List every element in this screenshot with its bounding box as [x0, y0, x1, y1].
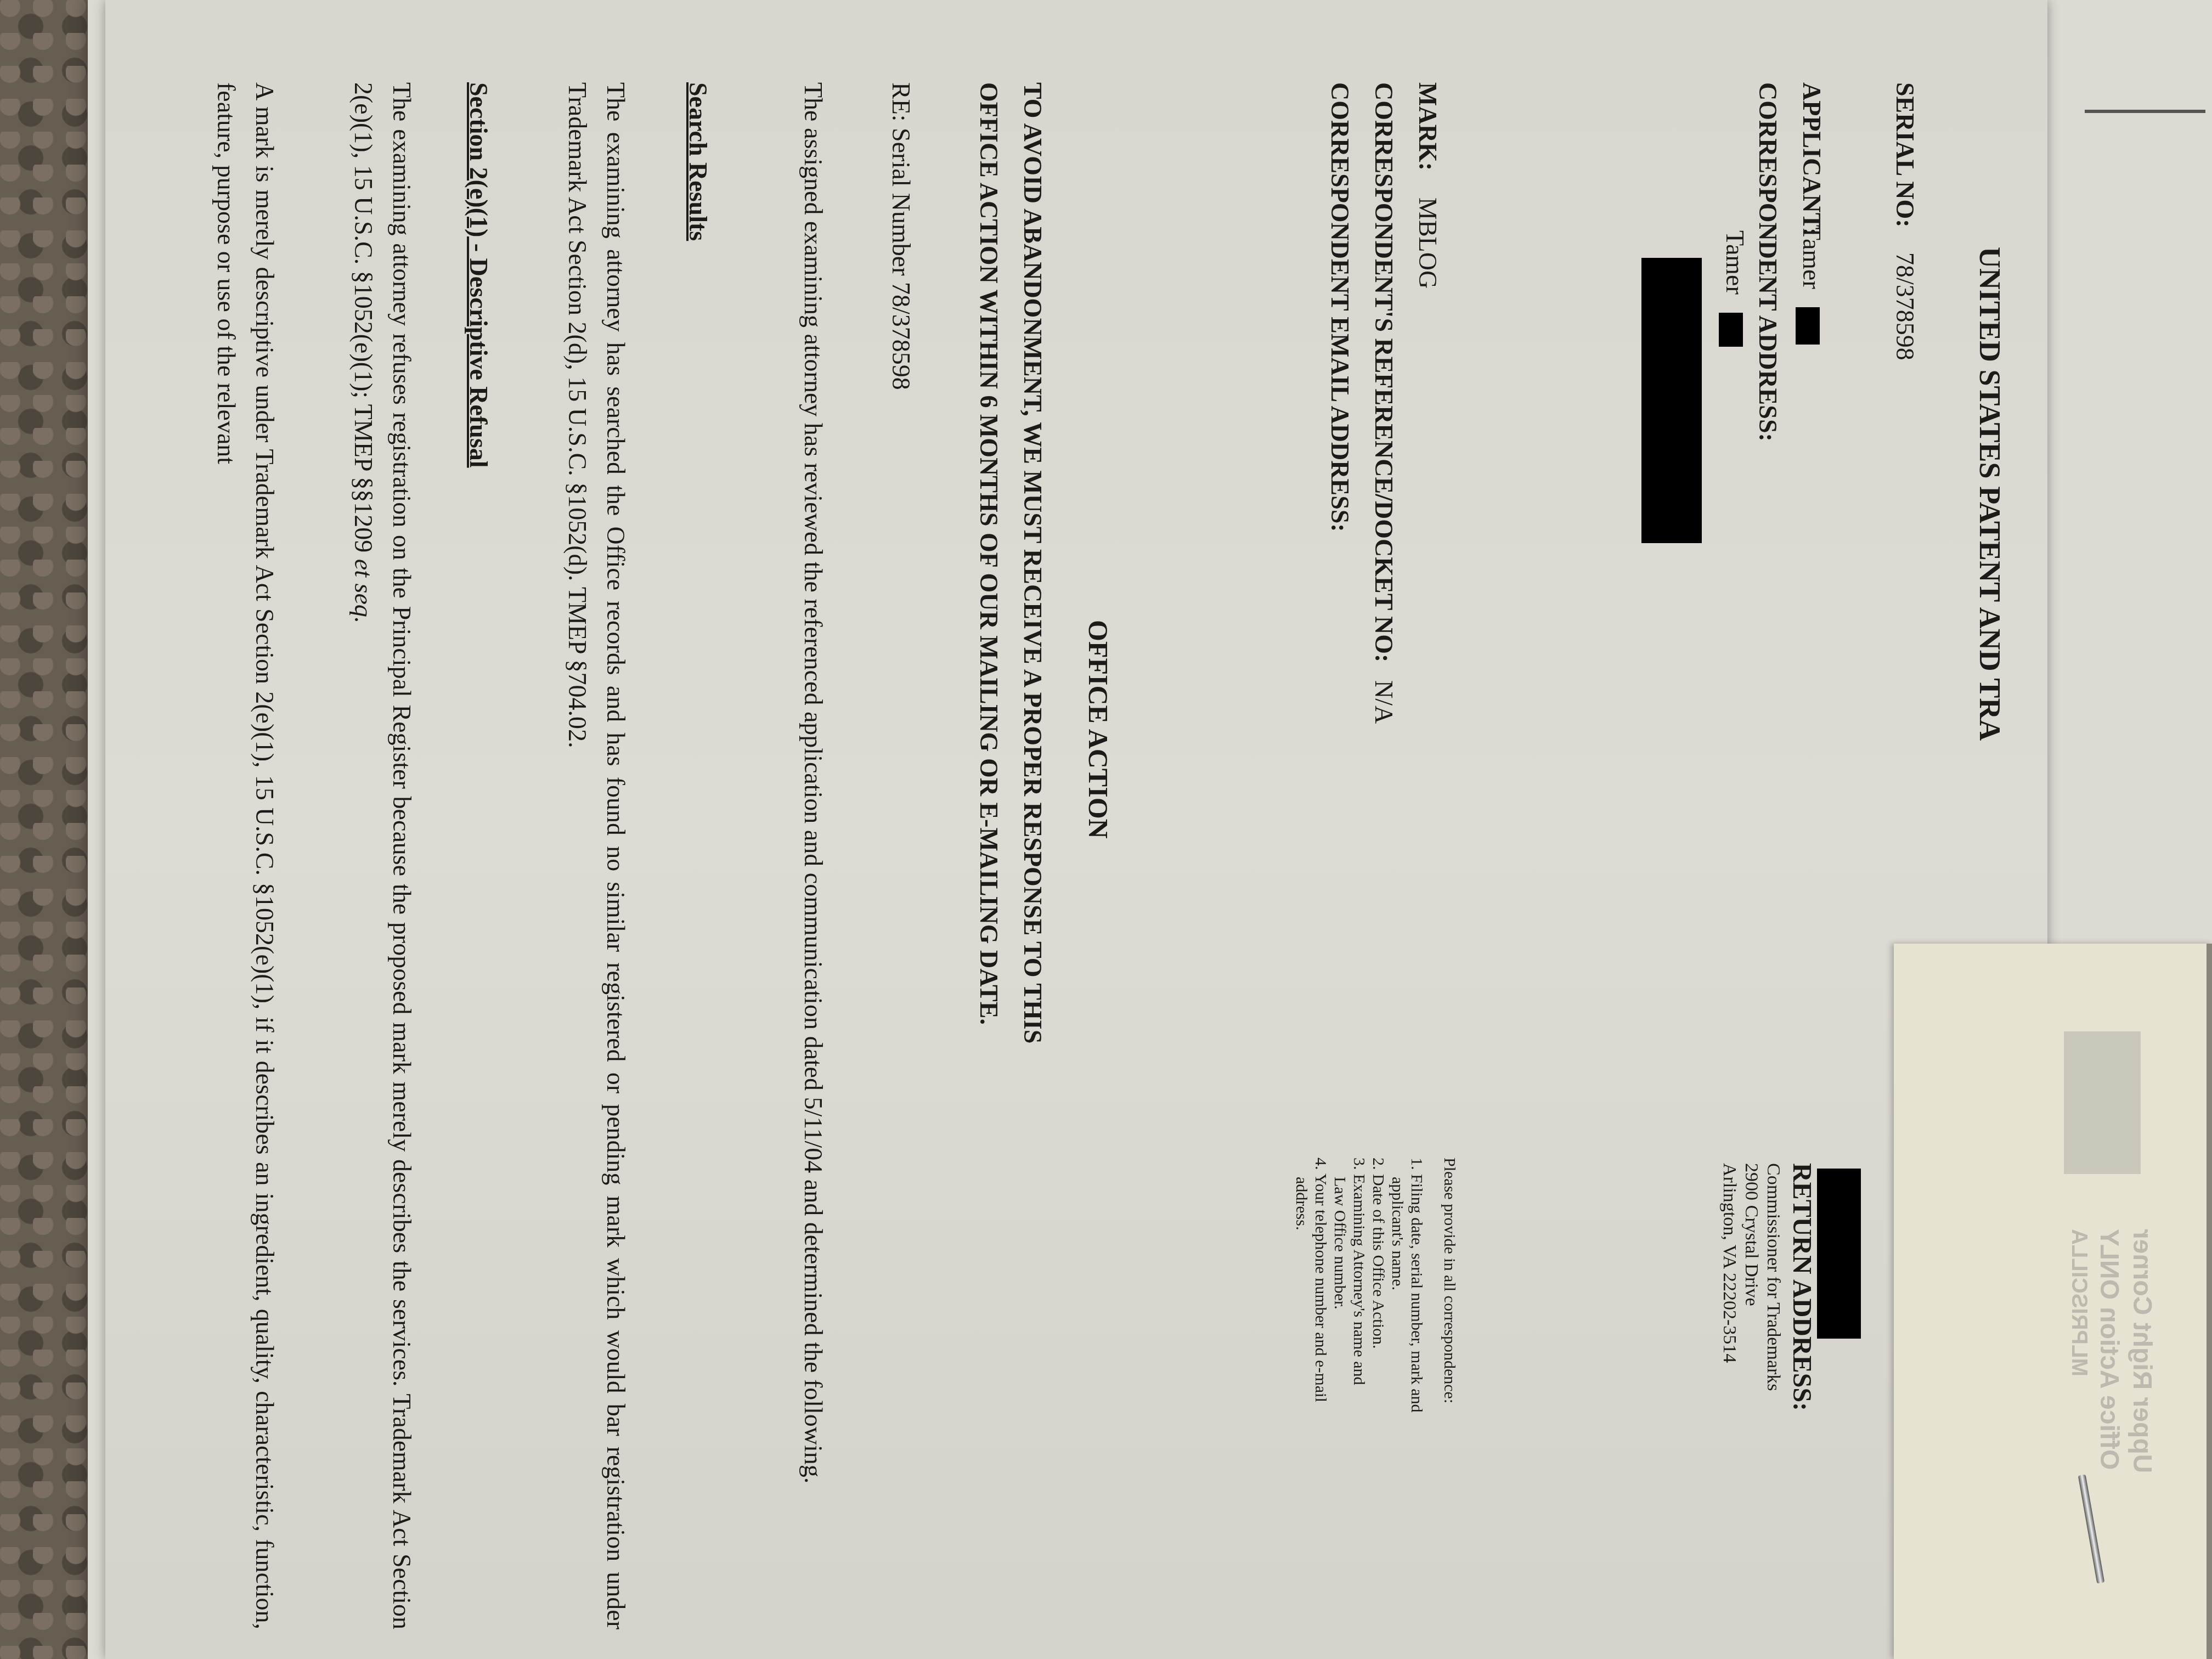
mark-label: MARK:	[1408, 82, 1447, 171]
staple	[2078, 1474, 2105, 1583]
provide-intro: Please provide in all correspondence:	[1438, 1158, 1460, 1403]
serial-label: SERIAL NO:	[1886, 82, 1924, 228]
serial-value: 78/378598	[1886, 252, 1924, 360]
correspondent-address-label: CORRESPONDENT ADDRESS:	[1748, 82, 1787, 442]
office-action-heading: OFFICE ACTION	[1079, 620, 1118, 839]
redaction-bar	[1719, 313, 1743, 347]
et-seq: et seq.	[349, 559, 377, 624]
sticky-note: Upper Right Corner Office Action ONLY ML…	[1894, 944, 2212, 1659]
provide-item: 1. Filing date, serial number, mark and	[1406, 1158, 1427, 1413]
sticky-note-line: Upper Right Corner	[2127, 1229, 2157, 1473]
correspondent-name: Tamer	[1716, 230, 1754, 295]
sticky-note-line: MLPRISCILLA	[2067, 1229, 2091, 1376]
warning-line: OFFICE ACTION WITHIN 6 MONTHS OF OUR MAI…	[969, 82, 1008, 1025]
provide-item: Law Office number.	[1329, 1177, 1351, 1310]
search-paragraph: The examining attorney has searched the …	[558, 82, 635, 1629]
section-paragraph: The examining attorney refuses registrat…	[344, 82, 421, 1629]
search-results-heading: Search Results	[679, 82, 717, 241]
return-address-line: Arlington, VA 22202-3514	[1718, 1163, 1740, 1363]
intro-paragraph: The assigned examining attorney has revi…	[794, 82, 832, 1629]
redaction-bar	[1817, 1169, 1861, 1339]
barcode-ghost	[2064, 1031, 2141, 1174]
return-address-line: 2900 Crystal Drive	[1740, 1163, 1762, 1306]
reference-value: N/A	[1364, 680, 1403, 724]
mark-value: MBLOG	[1408, 198, 1447, 289]
applicant-label: APPLICANT:	[1792, 82, 1831, 236]
provide-item: 3. Examining Attorney's name and	[1348, 1158, 1370, 1385]
warning-line: TO AVOID ABANDONMENT, WE MUST RECEIVE A …	[1013, 82, 1052, 1043]
redaction-block	[1641, 258, 1702, 543]
re-line: RE: Serial Number 78/378598	[882, 82, 920, 390]
document-title: UNITED STATES PATENT AND TRA	[1971, 247, 2009, 741]
email-label: CORRESPONDENT EMAIL ADDRESS:	[1321, 82, 1359, 532]
provide-item: address.	[1290, 1177, 1312, 1230]
applicant-value: Tamer	[1792, 225, 1831, 289]
redaction-bar	[1796, 307, 1820, 345]
section-paragraph-text: The examining attorney refuses registrat…	[349, 82, 416, 1629]
provide-item: 2. Date of this Office Action.	[1367, 1158, 1389, 1349]
provide-item: applicant's name.	[1386, 1177, 1408, 1290]
last-paragraph: A mark is merely descriptive under Trade…	[207, 82, 284, 1629]
return-address-line: Commissioner for Trademarks	[1762, 1163, 1784, 1391]
section-heading: Section 2(e)(1) - Descriptive Refusal	[459, 82, 498, 468]
reference-label: CORRESPONDENT'S REFERENCE/DOCKET NO:	[1364, 82, 1403, 662]
document-rotated: UNITED STATES PATENT AND TRA SERIAL NO: …	[0, 0, 2212, 1659]
sticky-note-line: Office Action ONLY	[2094, 1229, 2124, 1470]
provide-item: 4. Your telephone number and e-mail	[1310, 1158, 1331, 1402]
return-address-label: RETURN ADDRESS:	[1786, 1163, 1817, 1411]
